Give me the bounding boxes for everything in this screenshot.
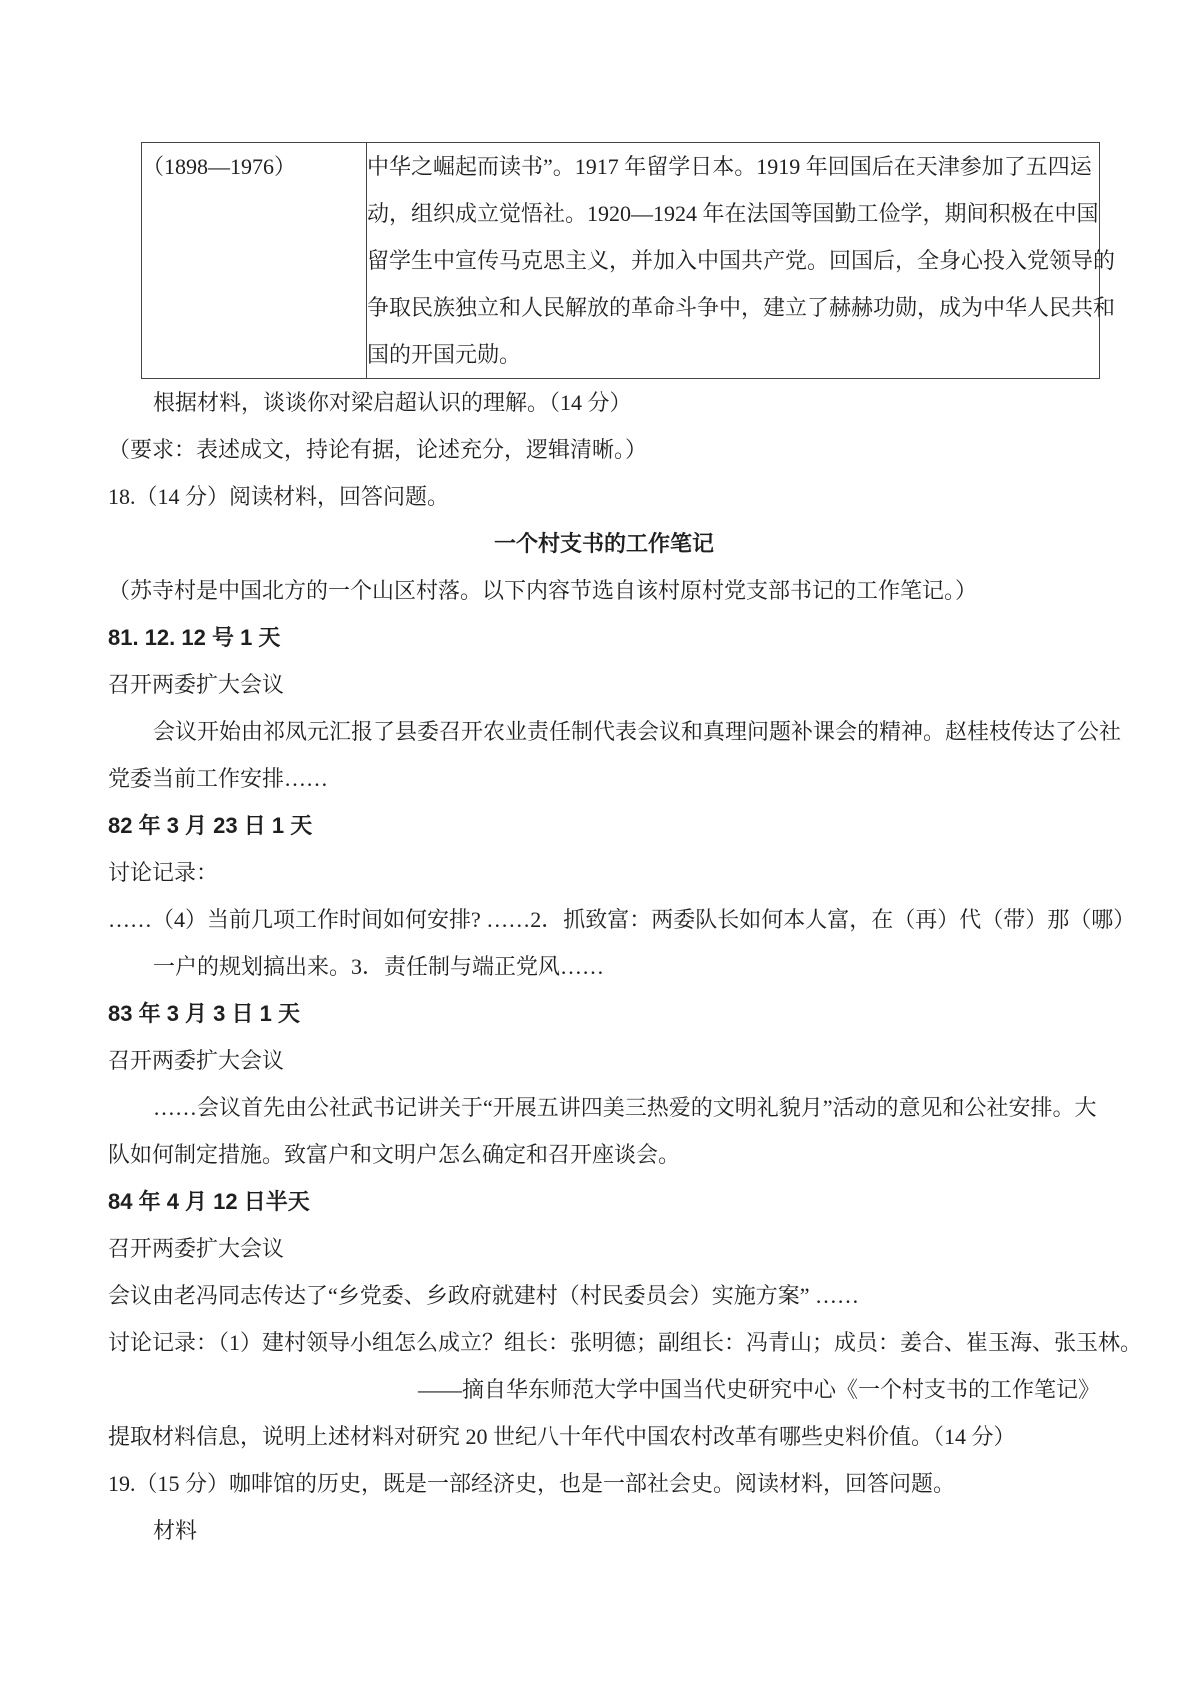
entry-1984-date: 84 年 4 月 12 日半天 xyxy=(108,1178,1100,1225)
bio-text-line: 中华之崛起而读书”。1917 年留学日本。1919 年回国后在天津参加了五四运 xyxy=(367,143,1099,190)
entry-1983-meeting: 召开两委扩大会议 xyxy=(108,1037,1100,1084)
entry-1984-meeting: 召开两委扩大会议 xyxy=(108,1225,1100,1272)
bio-text-line: 国的开国元勋。 xyxy=(367,331,1099,378)
q18-question: 提取材料信息，说明上述材料对研究 20 世纪八十年代中国农村改革有哪些史料价值。… xyxy=(108,1413,1100,1460)
bio-text-line: 动，组织成立觉悟社。1920—1924 年在法国等国勤工俭学，期间积极在中国 xyxy=(367,190,1099,237)
biography-table: （1898—1976） 中华之崛起而读书”。1917 年留学日本。1919 年回… xyxy=(141,142,1100,379)
entry-1984-content: 会议由老冯同志传达了“乡党委、乡政府就建村（村民委员会）实施方案” …… xyxy=(108,1272,1100,1319)
bio-years-text: （1898—1976） xyxy=(142,143,366,190)
entry-1983-content-line1: ……会议首先由公社武书记讲关于“开展五讲四美三热爱的文明礼貌月”活动的意见和公社… xyxy=(108,1084,1100,1131)
q19-material-label: 材料 xyxy=(108,1507,1100,1554)
entry-1984-discussion: 讨论记录：（1）建村领导小组怎么成立？组长：张明德；副组长：冯青山；成员：姜合、… xyxy=(108,1319,1100,1366)
q18-header: 18.（14 分）阅读材料，回答问题。 xyxy=(108,473,1100,520)
entry-1982-discussion-label: 讨论记录： xyxy=(108,849,1100,896)
entry-1982-date: 82 年 3 月 23 日 1 天 xyxy=(108,802,1100,849)
entry-1982-content-line2: 一户的规划搞出来。3．责任制与端正党风…… xyxy=(108,943,1100,990)
notes-title: 一个村支书的工作笔记 xyxy=(108,520,1100,567)
q17-requirements: （要求：表述成文，持论有据，论述充分，逻辑清晰。） xyxy=(108,426,1100,473)
entry-1983-content-line2: 队如何制定措施。致富户和文明户怎么确定和召开座谈会。 xyxy=(108,1131,1100,1178)
entry-1981-content-line1: 会议开始由祁凤元汇报了县委召开农业责任制代表会议和真理问题补课会的精神。赵桂枝传… xyxy=(108,708,1100,755)
entry-1981-date: 81. 12. 12 号 1 天 xyxy=(108,614,1100,661)
bio-years-cell: （1898—1976） xyxy=(142,143,367,379)
exam-paper-page: （1898—1976） 中华之崛起而读书”。1917 年留学日本。1919 年回… xyxy=(0,0,1200,1698)
notes-intro: （苏寺村是中国北方的一个山区村落。以下内容节选自该村原村党支部书记的工作笔记。） xyxy=(108,567,1100,614)
entry-1981-meeting: 召开两委扩大会议 xyxy=(108,661,1100,708)
source-attribution: ——摘自华东师范大学中国当代史研究中心《一个村支书的工作笔记》 xyxy=(108,1366,1100,1413)
bio-text-line: 争取民族独立和人民解放的革命斗争中，建立了赫赫功勋，成为中华人民共和 xyxy=(367,284,1099,331)
bio-text-line: 留学生中宣传马克思主义，并加入中国共产党。回国后，全身心投入党领导的 xyxy=(367,237,1099,284)
entry-1983-date: 83 年 3 月 3 日 1 天 xyxy=(108,990,1100,1037)
table-row: （1898—1976） 中华之崛起而读书”。1917 年留学日本。1919 年回… xyxy=(142,143,1100,379)
page-content: （1898—1976） 中华之崛起而读书”。1917 年留学日本。1919 年回… xyxy=(108,0,1100,1554)
q19-header: 19.（15 分）咖啡馆的历史，既是一部经济史，也是一部社会史。阅读材料，回答问… xyxy=(108,1460,1100,1507)
entry-1982-content-line1: ……（4）当前几项工作时间如何安排? ……2．抓致富：两委队长如何本人富，在（再… xyxy=(108,896,1100,943)
q17-answer-prompt: 根据材料，谈谈你对梁启超认识的理解。（14 分） xyxy=(108,379,1100,426)
bio-text-cell: 中华之崛起而读书”。1917 年留学日本。1919 年回国后在天津参加了五四运 … xyxy=(367,143,1100,379)
entry-1981-content-line2: 党委当前工作安排…… xyxy=(108,755,1100,802)
